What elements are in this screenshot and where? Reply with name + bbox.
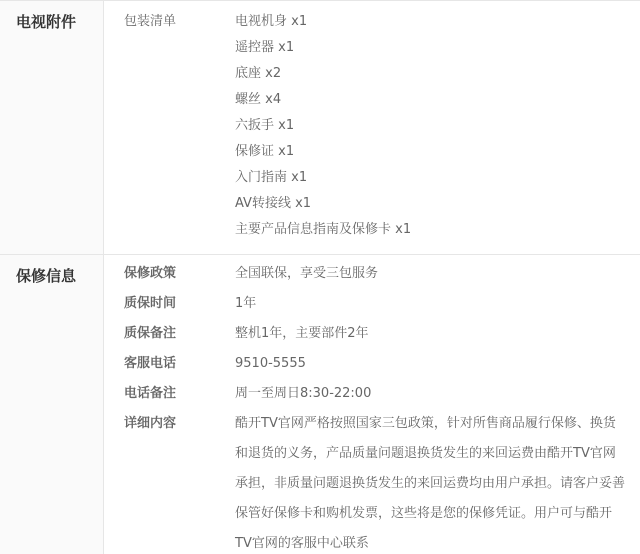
list-item: 电视机身 x1 xyxy=(235,9,626,35)
spec-key: 保修政策 xyxy=(104,259,235,289)
spec-row: 质保备注 整机1年，主要部件2年 xyxy=(104,319,640,349)
list-item: 六扳手 x1 xyxy=(235,113,626,139)
spec-key: 质保时间 xyxy=(104,289,235,319)
spec-value: 全国联保，享受三包服务 xyxy=(235,259,640,289)
spec-key: 详细内容 xyxy=(104,409,235,554)
spec-value: 9510-5555 xyxy=(235,349,640,379)
spec-value: 整机1年，主要部件2年 xyxy=(235,319,640,349)
packing-list: 电视机身 x1 遥控器 x1 底座 x2 螺丝 x4 六扳手 x1 保修证 x1… xyxy=(235,9,640,243)
spec-key: 包装清单 xyxy=(104,9,235,243)
section-title: 电视附件 xyxy=(0,1,104,254)
spec-table: 电视附件 包装清单 电视机身 x1 遥控器 x1 底座 x2 螺丝 x4 六扳手… xyxy=(0,0,640,554)
spec-value: 1年 xyxy=(235,289,640,319)
section-body: 保修政策 全国联保，享受三包服务 质保时间 1年 质保备注 整机1年，主要部件2… xyxy=(104,255,640,554)
spec-row: 客服电话 9510-5555 xyxy=(104,349,640,379)
spec-row: 质保时间 1年 xyxy=(104,289,640,319)
section-warranty-info: 保修信息 保修政策 全国联保，享受三包服务 质保时间 1年 质保备注 整机1年，… xyxy=(0,255,640,554)
section-title: 保修信息 xyxy=(0,255,104,554)
section-tv-accessories: 电视附件 包装清单 电视机身 x1 遥控器 x1 底座 x2 螺丝 x4 六扳手… xyxy=(0,1,640,255)
list-item: 入门指南 x1 xyxy=(235,165,626,191)
spec-key: 质保备注 xyxy=(104,319,235,349)
spec-row-packing-list: 包装清单 电视机身 x1 遥控器 x1 底座 x2 螺丝 x4 六扳手 x1 保… xyxy=(104,9,640,243)
spec-value: 周一至周日8:30-22:00 xyxy=(235,379,640,409)
list-item: 螺丝 x4 xyxy=(235,87,626,113)
list-item: 保修证 x1 xyxy=(235,139,626,165)
spec-row: 电话备注 周一至周日8:30-22:00 xyxy=(104,379,640,409)
list-item: 底座 x2 xyxy=(235,61,626,87)
list-item: 主要产品信息指南及保修卡 x1 xyxy=(235,217,626,243)
spec-key: 客服电话 xyxy=(104,349,235,379)
spec-value-detail: 酷开TV官网严格按照国家三包政策，针对所售商品履行保修、换货和退货的义务，产品质… xyxy=(235,409,640,554)
section-body: 包装清单 电视机身 x1 遥控器 x1 底座 x2 螺丝 x4 六扳手 x1 保… xyxy=(104,1,640,254)
spec-key: 电话备注 xyxy=(104,379,235,409)
list-item: AV转接线 x1 xyxy=(235,191,626,217)
spec-row: 详细内容 酷开TV官网严格按照国家三包政策，针对所售商品履行保修、换货和退货的义… xyxy=(104,409,640,554)
spec-row: 保修政策 全国联保，享受三包服务 xyxy=(104,259,640,289)
list-item: 遥控器 x1 xyxy=(235,35,626,61)
